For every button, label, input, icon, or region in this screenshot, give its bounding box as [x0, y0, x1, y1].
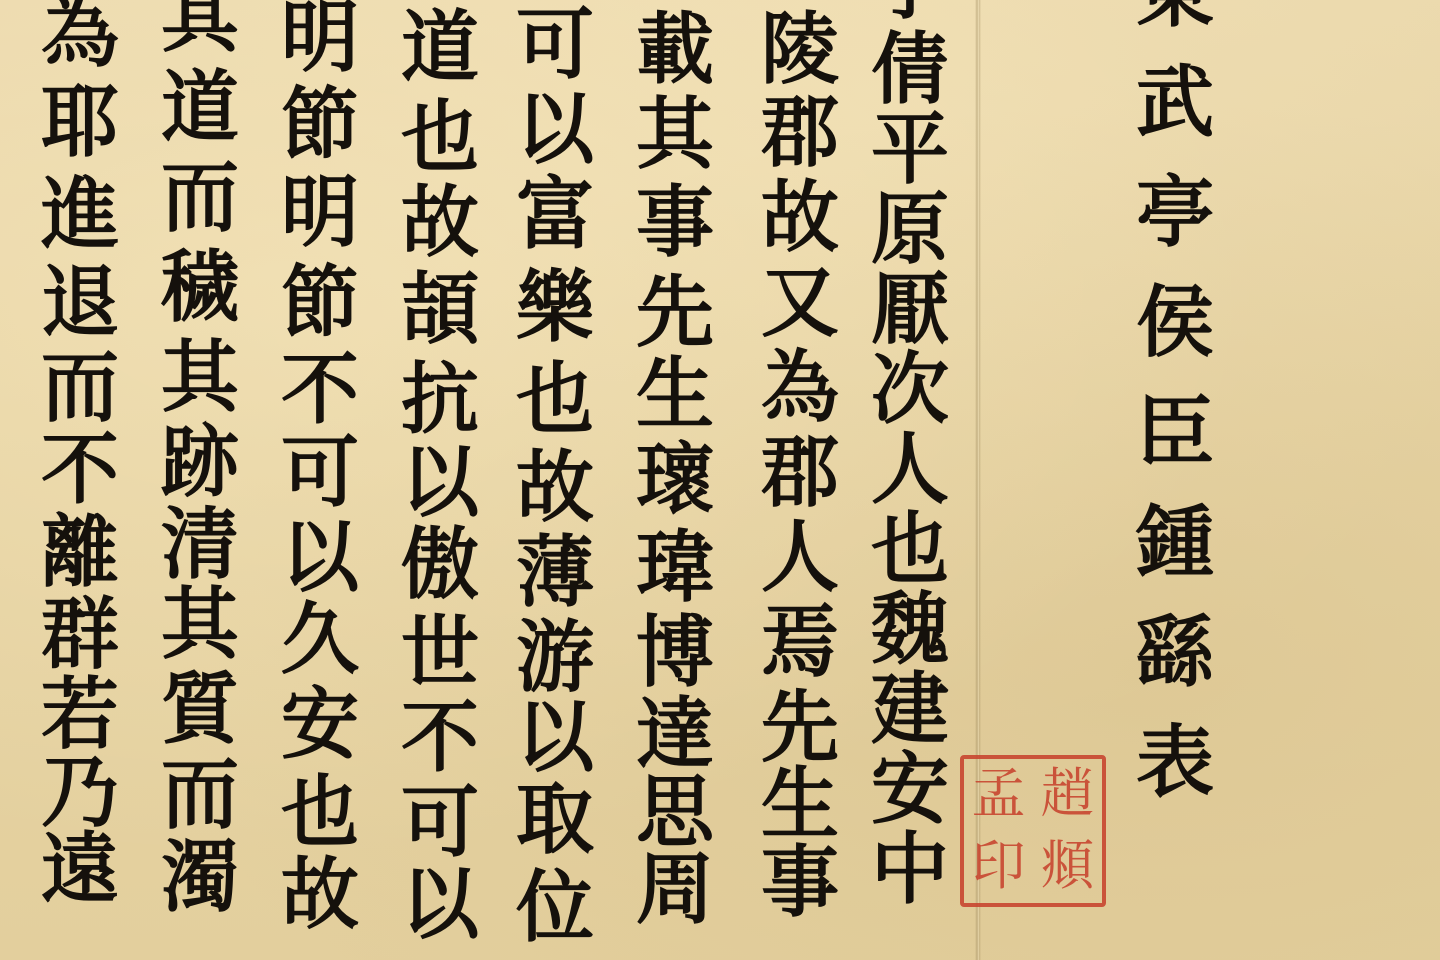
text-char: 其	[150, 335, 250, 420]
text-char: 故	[750, 175, 850, 260]
text-char: 先	[750, 685, 850, 770]
text-char: 世	[390, 610, 490, 695]
text-char: 其	[150, 585, 250, 665]
text-char: 游	[505, 615, 605, 700]
text-char: 陵	[750, 10, 850, 90]
text-char: 瓌	[625, 435, 725, 525]
text-char: 載	[625, 5, 725, 95]
text-char: 為	[750, 345, 850, 430]
text-char: 而	[150, 155, 250, 240]
text-char: 安	[270, 680, 370, 770]
text-char: 穢	[150, 240, 250, 335]
text-char: 而	[30, 345, 130, 430]
text-char: 先	[625, 270, 725, 355]
text-char: 離	[30, 510, 130, 595]
text-char: 進	[30, 170, 130, 260]
text-char: 人	[750, 515, 850, 600]
seal-char: 頫	[1033, 831, 1102, 903]
text-char: 可	[390, 780, 490, 865]
text-char: 魏	[860, 590, 960, 670]
text-char: 群	[30, 595, 130, 675]
text-column-8: 為 耶 進 退 而 不 離 群 若 乃 遠	[25, 0, 135, 910]
text-column-7: 其 道 而 穢 其 跡 清 其 質 而 濁	[145, 0, 255, 920]
text-char: 也	[860, 510, 960, 590]
text-char: 薄	[505, 530, 605, 615]
text-char: 也	[505, 355, 605, 445]
text-char: 安	[860, 750, 960, 830]
text-char: 明	[270, 170, 370, 255]
text-char: 生	[750, 770, 850, 840]
text-char: 為	[30, 0, 130, 75]
text-char: 取	[505, 775, 605, 865]
text-char: 以	[505, 700, 605, 775]
text-char: 節	[270, 255, 370, 350]
text-char: 富	[505, 170, 605, 260]
title-char: 侯	[1125, 268, 1225, 378]
text-column-3: 載 其 事 先 生 瓌 瑋 博 達 思 周	[620, 5, 730, 930]
text-char: 遠	[30, 830, 130, 910]
text-char: 可	[270, 430, 370, 515]
text-char: 濁	[150, 835, 250, 920]
text-char: 其	[625, 95, 725, 175]
title-char: 武	[1125, 48, 1225, 158]
text-char: 事	[625, 175, 725, 270]
text-char: 位	[505, 865, 605, 950]
text-column-4: 可 以 富 樂 也 故 薄 游 以 取 位	[500, 0, 610, 950]
text-char: 耶	[30, 75, 130, 170]
text-char: 人	[860, 430, 960, 510]
text-char: 事	[750, 840, 850, 925]
text-char: 傲	[390, 520, 490, 610]
text-char: 久	[270, 600, 370, 680]
text-char: 以	[505, 90, 605, 170]
title-column: 東 武 亭 侯 臣 鍾 繇 表	[1120, 0, 1230, 818]
text-char: 倩	[860, 30, 960, 110]
seal-char: 印	[964, 831, 1033, 903]
text-char: 達	[625, 695, 725, 775]
text-char: 抗	[390, 355, 490, 445]
text-char: 又	[750, 260, 850, 345]
text-char: 故	[390, 180, 490, 265]
title-char: 東	[1125, 0, 1225, 48]
text-char: 跡	[150, 420, 250, 505]
title-char: 鍾	[1125, 488, 1225, 598]
text-char: 也	[270, 770, 370, 855]
text-char: 郡	[750, 430, 850, 515]
text-char: 郡	[750, 90, 850, 175]
text-char: 以	[390, 445, 490, 520]
text-char: 不	[390, 695, 490, 780]
text-char: 生	[625, 355, 725, 435]
text-char: 以	[270, 515, 370, 600]
text-char: 其	[150, 0, 250, 60]
text-char: 頡	[390, 265, 490, 355]
red-seal-stamp: 孟 趙 印 頫	[960, 755, 1106, 907]
text-char: 而	[150, 755, 250, 835]
text-char: 建	[860, 670, 960, 750]
text-column-1: 字 倩 平 原 厭 次 人 也 魏 建 安 中	[855, 0, 965, 910]
title-char: 亭	[1125, 158, 1225, 268]
text-column-6: 明 節 明 節 不 可 以 久 安 也 故	[265, 0, 375, 935]
text-char: 樂	[505, 260, 605, 355]
text-column-2: 陵 郡 故 又 為 郡 人 焉 先 生 事	[745, 10, 855, 925]
text-char: 焉	[750, 600, 850, 685]
text-char: 故	[505, 445, 605, 530]
text-char: 道	[390, 0, 490, 95]
title-char: 臣	[1125, 378, 1225, 488]
seal-char: 孟	[964, 759, 1033, 831]
text-char: 以	[390, 865, 490, 945]
title-char: 繇	[1125, 598, 1225, 708]
text-char: 道	[150, 60, 250, 155]
text-char: 周	[625, 850, 725, 930]
text-char: 思	[625, 775, 725, 850]
text-char: 可	[505, 0, 605, 90]
text-char: 平	[860, 110, 960, 190]
title-char: 表	[1125, 708, 1225, 818]
text-char: 原	[860, 190, 960, 270]
text-char: 清	[150, 505, 250, 585]
text-char: 不	[30, 430, 130, 510]
text-char: 乃	[30, 755, 130, 830]
text-char: 也	[390, 95, 490, 180]
text-char: 故	[270, 855, 370, 935]
text-char: 次	[860, 350, 960, 430]
text-char: 若	[30, 675, 130, 755]
text-char: 退	[30, 260, 130, 345]
text-char: 博	[625, 610, 725, 695]
text-char: 明	[270, 0, 370, 80]
text-char: 不	[270, 350, 370, 430]
text-char: 中	[860, 830, 960, 910]
text-char: 質	[150, 665, 250, 755]
text-char: 瑋	[625, 525, 725, 610]
text-column-5: 道 也 故 頡 抗 以 傲 世 不 可 以	[385, 0, 495, 945]
text-char: 節	[270, 80, 370, 170]
seal-char: 趙	[1033, 759, 1102, 831]
text-char: 厭	[860, 270, 960, 350]
